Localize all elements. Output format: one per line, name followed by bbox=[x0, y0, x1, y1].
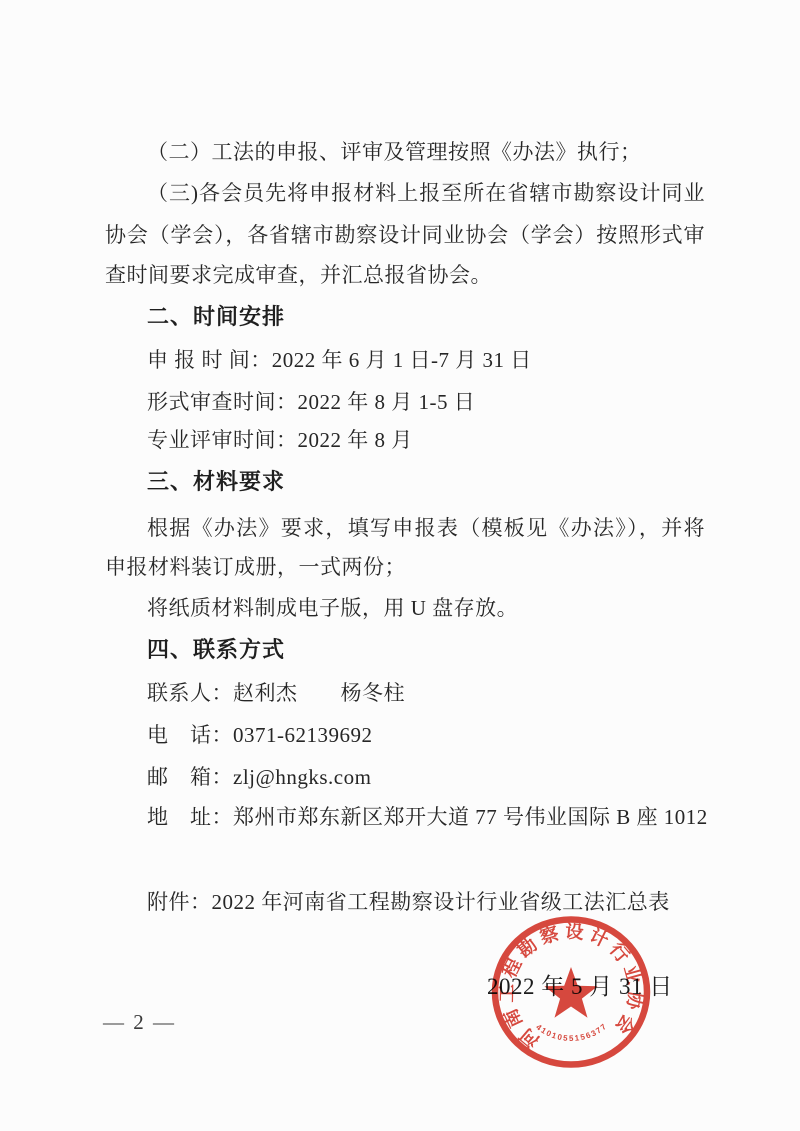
text-line: 查时间要求完成审查，并汇总报省协会。 bbox=[105, 260, 705, 290]
official-seal: 河南工程勘察设计行业协会 4101055156377 bbox=[487, 915, 655, 1075]
text-line: 根据《办法》要求，填写申报表（模板见《办法》），并将 bbox=[105, 513, 705, 543]
page-number: — 2 — bbox=[103, 1007, 176, 1037]
text-line: 四、联系方式 bbox=[105, 635, 705, 665]
text-line: 协会（学会），各省辖市勘察设计同业协会（学会）按照形式审 bbox=[105, 220, 705, 250]
scanned-document-page: （二）工法的申报、评审及管理按照《办法》执行；（三)各会员先将申报材料上报至所在… bbox=[0, 0, 800, 1131]
text-line: 形式审查时间：2022 年 8 月 1-5 日 bbox=[105, 387, 705, 417]
text-line: 三、材料要求 bbox=[105, 467, 705, 497]
text-line: （二）工法的申报、评审及管理按照《办法》执行； bbox=[105, 137, 705, 167]
document-body-text: （二）工法的申报、评审及管理按照《办法》执行；（三)各会员先将申报材料上报至所在… bbox=[0, 0, 800, 1131]
text-line: 电 话：0371-62139692 bbox=[105, 720, 705, 750]
text-line: 申报材料装订成册，一式两份； bbox=[105, 552, 705, 582]
seal-star-icon bbox=[544, 967, 597, 1018]
text-line: 地 址：郑州市郑东新区郑开大道 77 号伟业国际 B 座 1012 bbox=[105, 802, 705, 832]
text-line: 邮 箱：zlj@hngks.com bbox=[105, 762, 705, 792]
text-line: 专业评审时间：2022 年 8 月 bbox=[105, 425, 705, 455]
seal-serial-number: 4101055156377 bbox=[534, 1021, 609, 1043]
text-line: 联系人：赵利杰 杨冬柱 bbox=[105, 678, 705, 708]
text-line: 附件：2022 年河南省工程勘察设计行业省级工法汇总表 bbox=[105, 887, 705, 917]
text-line: 将纸质材料制成电子版，用 U 盘存放。 bbox=[105, 593, 705, 623]
text-line: 申 报 时 间：2022 年 6 月 1 日-7 月 31 日 bbox=[105, 345, 705, 375]
text-line: 二、时间安排 bbox=[105, 302, 705, 332]
text-line: （三)各会员先将申报材料上报至所在省辖市勘察设计同业 bbox=[105, 178, 705, 208]
